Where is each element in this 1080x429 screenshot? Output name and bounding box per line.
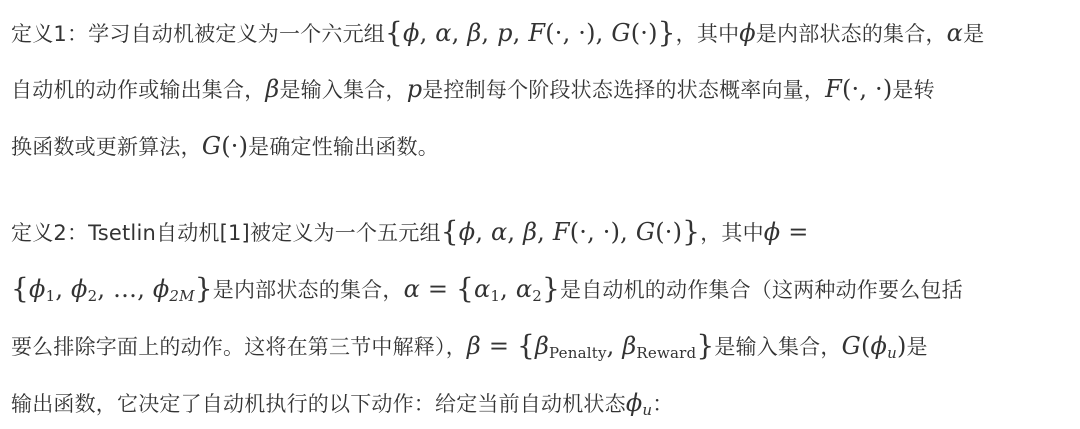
text: Tsetlin自动机[1]被定义为一个五元组 [88,221,441,245]
text: 是控制每个阶段状态选择的状态概率向量， [422,78,825,102]
definition-2-label: 定义2： [11,221,88,245]
phi-state-set-formula: {ϕ1, ϕ2, …, ϕ2M} [11,275,213,303]
text: 是输入集合， [714,335,841,359]
definition-2-line-2: {ϕ1, ϕ2, …, ϕ2M}是内部状态的集合，α = {α1, α2}是自动… [11,274,963,305]
definition-1-label: 定义1： [11,22,88,46]
phi-equals: ϕ = [764,218,809,246]
definition-1-line-3: 换函数或更新算法，G(·)是确定性输出函数。 [11,131,439,162]
text: ，其中 [676,22,740,46]
text: 是 [963,22,984,46]
text: 输出函数，它决定了自动机执行的以下动作：给定当前自动机状态 [11,392,626,416]
text: 自动机的动作或输出集合， [11,78,265,102]
text: 是输入集合， [279,78,406,102]
alpha-action-set-formula: α = {α1, α2} [404,275,560,303]
definition-2-line-3: 要么排除字面上的动作。这将在第三节中解释），β = {βPenalty, βRe… [11,331,928,362]
definition-2-line-1: 定义2：Tsetlin自动机[1]被定义为一个五元组{ϕ, α, β, F(·,… [11,217,809,248]
G-phi-u-formula: G(ϕu) [842,332,907,360]
text: 换函数或更新算法， [11,135,202,159]
text: 要么排除字面上的动作。这将在第三节中解释）， [11,335,467,359]
text: 是 [907,335,928,359]
text: ，其中 [700,221,764,245]
document: 定义1：学习自动机被定义为一个六元组{ϕ, α, β, p, F(·, ·), … [0,0,1080,429]
text: 是自动机的动作集合（这两种动作要么包括 [560,278,963,302]
text: 是确定性输出函数。 [248,135,439,159]
F-function-formula: F(·, ·) [825,75,892,103]
definition-2-line-4: 输出函数，它决定了自动机执行的以下动作：给定当前自动机状态ϕu： [11,388,673,419]
text: 是内部状态的集合， [756,22,947,46]
definition-1-line-2: 自动机的动作或输出集合，β是输入集合，p是控制每个阶段状态选择的状态概率向量，F… [11,74,935,105]
text: 学习自动机被定义为一个六元组 [88,22,385,46]
G-function-formula: G(·) [202,132,248,160]
text: 是转 [892,78,934,102]
phi-u-formula: ϕu [626,389,652,417]
beta-symbol: β [265,75,279,103]
beta-input-set-formula: β = {βPenalty, βReward} [467,332,714,360]
text: ： [652,392,673,416]
definition-1-line-1: 定义1：学习自动机被定义为一个六元组{ϕ, α, β, p, F(·, ·), … [11,18,984,49]
text: 是内部状态的集合， [213,278,404,302]
five-tuple-formula: {ϕ, α, β, F(·, ·), G(·)} [441,218,700,246]
alpha-symbol: α [947,19,963,47]
phi-symbol: ϕ [739,19,756,47]
six-tuple-formula: {ϕ, α, β, p, F(·, ·), G(·)} [385,19,676,47]
p-symbol: p [407,75,423,103]
